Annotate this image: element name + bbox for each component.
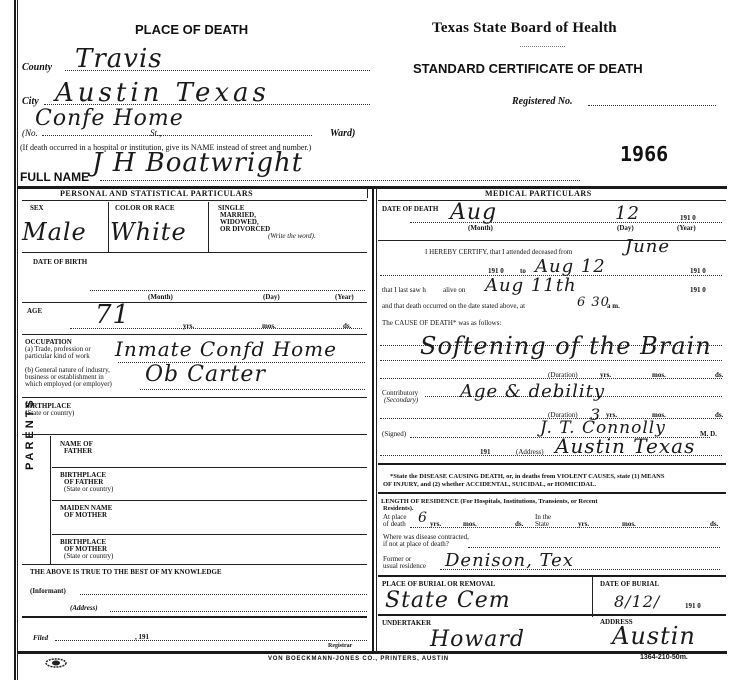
father-birthplace-hint: (State or country) (64, 485, 113, 493)
row-rule-5 (22, 434, 367, 435)
left-border-inner (17, 0, 18, 680)
color-marital-divider (208, 202, 209, 252)
date-of-death-line (410, 222, 722, 223)
medical-rule-1 (378, 240, 726, 241)
sex-value: Male (22, 218, 87, 246)
color-label: COLOR OR RACE (115, 204, 175, 212)
cause-ds-label: ds. (715, 371, 723, 379)
last-saw-value: Aug 11th (485, 275, 577, 296)
occupation-a-label-2: particular kind of work (25, 352, 90, 360)
county-label: County (22, 62, 52, 73)
cause-duration-label: (Duration) (548, 371, 578, 379)
attended-from-value: June (625, 236, 670, 257)
at-place-ds-label: ds. (515, 520, 523, 528)
city-value: Austin Texas (55, 78, 270, 108)
at-place-mos-label: mos. (463, 520, 477, 528)
contributory-ds-label: ds. (715, 411, 723, 419)
institution-value: Confe Home (35, 106, 184, 131)
dob-label: DATE OF BIRTH (33, 258, 87, 266)
former-value: Denison, Tex (445, 550, 574, 571)
row-rule-3 (22, 334, 367, 335)
state-label: State (535, 520, 549, 528)
undertaker-label: UNDERTAKER (382, 619, 431, 627)
medical-rule-4 (378, 575, 726, 577)
at-place-yrs-value: 6 (418, 510, 428, 526)
cause-mos-label: mos. (652, 371, 666, 379)
at-place-line (410, 527, 720, 528)
death-time-ampm: a m. (607, 302, 620, 310)
last-saw-text: that I last saw h (382, 286, 426, 294)
death-year-value: 191 0 (680, 214, 696, 222)
sex-label: SEX (30, 204, 44, 212)
informant-address-line[interactable] (110, 611, 367, 612)
parents-label: PARENTS (24, 370, 36, 470)
footnote-line-1: *State the DISEASE CAUSING DEATH, or, in… (390, 473, 664, 480)
center-divider (372, 188, 374, 654)
cause-line-2 (380, 360, 722, 361)
age-ds-label: ds. (343, 322, 351, 330)
street-line (42, 135, 312, 136)
full-name-value: J H Boatwright (92, 148, 303, 178)
burial-date-value: 8/12/ (614, 592, 660, 611)
occupation-b-line (140, 389, 365, 390)
informant-label: (Informant) (30, 587, 66, 595)
registered-no-label: Registered No. (512, 96, 573, 107)
medical-header-rule (378, 200, 726, 201)
signed-address-label: (Address) (516, 448, 544, 456)
knowledge-statement: THE ABOVE IS TRUE TO THE BEST OF MY KNOW… (30, 568, 222, 576)
row-rule-4 (22, 397, 367, 398)
signed-address-value: Austin Texas (555, 434, 695, 458)
age-yrs-label: yrs. (183, 322, 194, 330)
contracted-line (468, 547, 720, 548)
county-value: Travis (75, 44, 163, 74)
dob-day-label: (Day) (263, 293, 280, 301)
age-label: AGE (27, 307, 42, 315)
burial-place-label: PLACE OF BURIAL OR REMOVAL (382, 580, 495, 588)
age-line (70, 328, 362, 329)
personal-section-title: PERSONAL AND STATISTICAL PARTICULARS (60, 189, 253, 198)
form-number: 1364-210-50m. (640, 654, 688, 661)
residence-label-2: Residents). (383, 505, 414, 512)
undertaker-address-value: Austin (612, 622, 696, 650)
undertaker-value: Howard (430, 627, 525, 652)
dob-year-label: (Year) (335, 293, 354, 301)
death-month-label: (Month) (468, 224, 493, 232)
marital-label-4: OR DIVORCED (220, 225, 270, 233)
registered-no-field[interactable] (588, 105, 716, 106)
last-saw-suffix: alive on (443, 286, 465, 294)
mother-name-label-2: OF MOTHER (64, 511, 107, 519)
death-day-label: (Day) (617, 224, 634, 232)
cause-value: Softening of the Brain (420, 332, 712, 360)
dob-month-label: (Month) (148, 293, 173, 301)
filed-line[interactable] (55, 640, 367, 641)
date-of-death-label: DATE OF DEATH (382, 205, 438, 213)
full-name-label: FULL NAME (20, 170, 89, 184)
father-name-label-2: FATHER (64, 447, 92, 455)
residence-label: LENGTH OF RESIDENCE (For Hospitals, Inst… (381, 498, 598, 505)
dob-line[interactable] (90, 290, 365, 291)
row-rule-2 (22, 302, 367, 303)
personal-header-rule (22, 200, 367, 201)
board-title: Texas State Board of Health (432, 20, 617, 37)
informant-line[interactable] (80, 594, 367, 595)
burial-date-label: DATE OF BURIAL (600, 580, 659, 588)
in-state-yrs-label: yrs. (578, 520, 589, 528)
contracted-label-2: if not at place of death? (383, 540, 449, 548)
left-section-edge (367, 188, 368, 198)
left-border (14, 0, 16, 680)
in-state-ds-label: ds. (710, 520, 718, 528)
at-place-yrs-label: yrs. (430, 520, 441, 528)
in-state-mos-label: mos. (622, 520, 636, 528)
occupation-b-label-3: which employed (or employer) (25, 380, 112, 388)
parents-rule-3 (52, 534, 367, 535)
contributory-value: Age & debility (460, 381, 605, 402)
burial-year-value: 191 0 (685, 602, 701, 610)
parents-divider (50, 436, 51, 564)
informant-address-label: (Address) (70, 604, 98, 612)
medical-rule-5 (378, 614, 726, 616)
place-of-death-title: PLACE OF DEATH (135, 22, 248, 37)
contributory-hint: (Secondary) (384, 396, 418, 404)
parents-rule-2 (52, 500, 367, 501)
attended-from-year: 191 0 (488, 267, 504, 275)
medical-rule-2 (378, 463, 726, 465)
cause-yrs-label: yrs. (600, 371, 611, 379)
row-rule-6 (22, 564, 367, 565)
death-time-text: and that death occurred on the date stat… (382, 302, 525, 310)
color-value: White (110, 218, 187, 246)
ward-label: Ward) (330, 128, 355, 139)
attended-to-year: 191 0 (690, 267, 706, 275)
registrar-label: Registrar (328, 642, 352, 650)
row-rule-1 (22, 252, 367, 253)
printer-credit: VON BOECKMANN-JONES CO., PRINTERS, AUSTI… (268, 656, 449, 662)
age-value: 71 (95, 300, 130, 330)
board-title-rule (520, 46, 565, 47)
medical-section-title: MEDICAL PARTICULARS (485, 189, 592, 198)
occupation-b-value: Ob Carter (145, 362, 266, 387)
center-divider-inner (376, 188, 377, 654)
bottom-rule (17, 651, 727, 654)
certificate-number: 1966 (620, 142, 668, 166)
sex-color-divider (108, 202, 109, 252)
filed-label: Filed (33, 634, 48, 642)
cause-label: The CAUSE OF DEATH* was as follows: (382, 319, 501, 327)
attended-to-label: to (520, 267, 526, 275)
union-label-icon (45, 655, 67, 665)
footnote-line-2: OF INJURY, and (2) whether ACCIDENTAL, S… (383, 481, 596, 488)
filed-year-prefix: , 191 (135, 633, 149, 641)
death-year-label: (Year) (677, 224, 696, 232)
md-label: M. D. (700, 430, 717, 438)
parents-rule-1 (52, 467, 367, 468)
age-mos-label: mos. (262, 322, 276, 330)
of-death-label: of death (383, 520, 406, 528)
full-name-line (100, 180, 580, 181)
occupation-a-value: Inmate Confd Home (115, 337, 337, 361)
death-day-value: 12 (615, 203, 640, 224)
signed-year-prefix: 191 (480, 448, 491, 456)
certificate-title: STANDARD CERTIFICATE OF DEATH (413, 61, 643, 76)
row-rule-7 (22, 616, 367, 618)
attended-to-value: Aug 12 (535, 256, 606, 277)
burial-place-value: State Cem (385, 588, 511, 613)
burial-divider (592, 577, 593, 617)
medical-rule-3 (378, 492, 726, 494)
death-time-value: 6 30 (577, 295, 610, 310)
former-line (440, 569, 720, 570)
last-saw-year: 191 0 (690, 286, 706, 294)
mother-birthplace-hint: (State or country) (64, 552, 113, 560)
former-label-2: usual residence (383, 562, 426, 570)
certify-text: I HEREBY CERTIFY, that I attended deceas… (425, 248, 572, 256)
signed-label: (Signed) (382, 430, 406, 438)
marital-hint: (Write the word). (268, 232, 316, 240)
